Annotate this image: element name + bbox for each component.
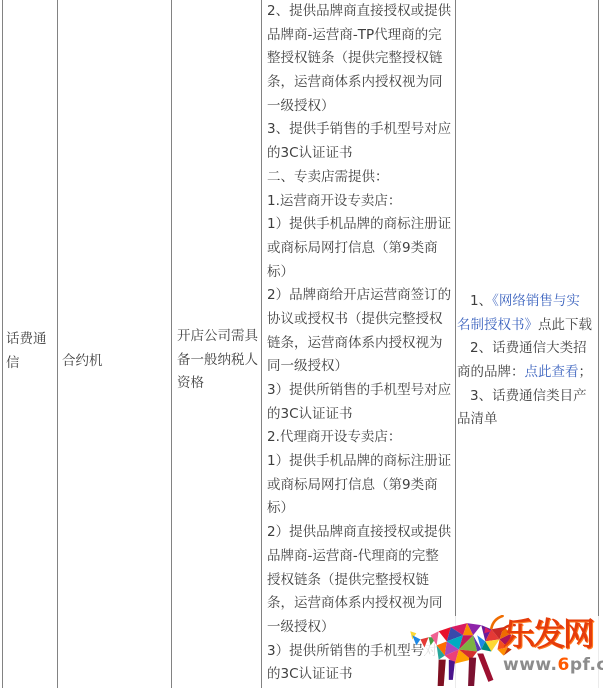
text-line: 开店公司需具 [177,325,263,349]
table-border-left [2,0,3,688]
text-line: 的3C认证证书 [267,663,455,687]
text-line: 授权链条（提供完整授权链 [267,569,455,593]
note-text: 2、话费通信大类招 [470,340,587,356]
text-line: 资格 [177,372,263,396]
text-line: 或商标局网打信息（第9类商 [267,474,455,498]
text-line: 的3C认证证书 [267,403,455,427]
text-line: 1.运营商开设专卖店： [267,190,455,214]
table-border-right [598,0,599,688]
text-line: 备一般纳税人 [177,349,263,373]
text-line: 一级授权） [267,95,455,119]
text-line: 2.代理商开设专卖店： [267,426,455,450]
note-text: 3、话费通信类目产 [470,388,587,404]
text-line: 话费通 [6,328,55,352]
note-text: ； [579,364,593,380]
text-line: 条，运营商体系内授权视为同 [267,592,455,616]
text-line: 同一级授权） [267,355,455,379]
note-line: 商的品牌：点此查看； [457,361,597,385]
note-text: 商的品牌： [457,364,525,380]
text-line: 或商标局网打信息（第9类商 [267,237,455,261]
text-line: 3）提供所销售的手机型号对应 [267,379,455,403]
table-border-col1 [57,0,58,688]
qualification-cell: 开店公司需具备一般纳税人资格 [177,325,263,396]
click-to-view-link[interactable]: 点此查看 [525,364,579,380]
text-line: 二、专卖店需提供： [267,166,455,190]
text-line: 标） [267,497,455,521]
text-line: 2）品牌商给开店运营商签订的 [267,284,455,308]
text-line: 品牌商-运营商-代理商的完整 [267,545,455,569]
auth-letter-download-link[interactable]: 名制授权书》 [457,317,538,333]
merchant-requirements-table: 话费通信 合约机 开店公司需具备一般纳税人资格 2、提供品牌商直接授权或提供品牌… [0,0,603,688]
text-line: 一级授权） [267,616,455,640]
text-line: 链条，运营商体系内授权视为 [267,332,455,356]
lefa-brand-text: 乐发网 [503,617,603,651]
text-line: 的3C认证证书 [267,142,455,166]
lefa-url-text: www.6pf.cn [503,655,603,675]
text-line: 品牌商-运营商-TP代理商的完 [267,24,455,48]
text-line: 标） [267,261,455,285]
auth-letter-download-link[interactable]: 《网络销售与实 [492,293,580,309]
note-text: 点此下载 [538,317,592,333]
text-line: 信 [6,352,55,376]
note-number: 1、 [470,293,492,309]
sub-category-cell: 合约机 [62,350,103,374]
note-line: 2、话费通信大类招 [457,337,597,361]
table-border-col2 [171,0,172,688]
text-line: 3、提供手销售的手机型号对应 [267,118,455,142]
text-line: 3）提供所销售的手机型号对应 [267,640,455,664]
text-line: 2、提供品牌商直接授权或提供 [267,0,455,24]
text-line: 2）提供品牌商直接授权或提供 [267,521,455,545]
note-line: 3、话费通信类目产 [457,385,597,409]
requirements-cell: 2、提供品牌商直接授权或提供品牌商-运营商-TP代理商的完整授权链条（提供完整授… [267,0,455,687]
url-prefix: www. [503,655,558,675]
text-line: 条，运营商体系内授权视为同 [267,71,455,95]
note-line: 品清单 [457,408,597,432]
table-border-col4 [455,0,456,688]
note-text: 品清单 [457,411,498,427]
text-line: 整授权链条（提供完整授权链 [267,47,455,71]
category-cell: 话费通信 [6,328,55,375]
text-line: 协议或授权书（提供完整授权 [267,308,455,332]
note-line: 1、《网络销售与实 [457,290,597,314]
text-line: 1）提供手机品牌的商标注册证 [267,213,455,237]
url-digit: 6 [558,655,570,675]
note-line: 名制授权书》点此下载 [457,314,597,338]
text-line: 1）提供手机品牌的商标注册证 [267,450,455,474]
notes-cell: 1、《网络销售与实名制授权书》点此下载2、话费通信大类招商的品牌：点此查看；3、… [457,290,597,432]
